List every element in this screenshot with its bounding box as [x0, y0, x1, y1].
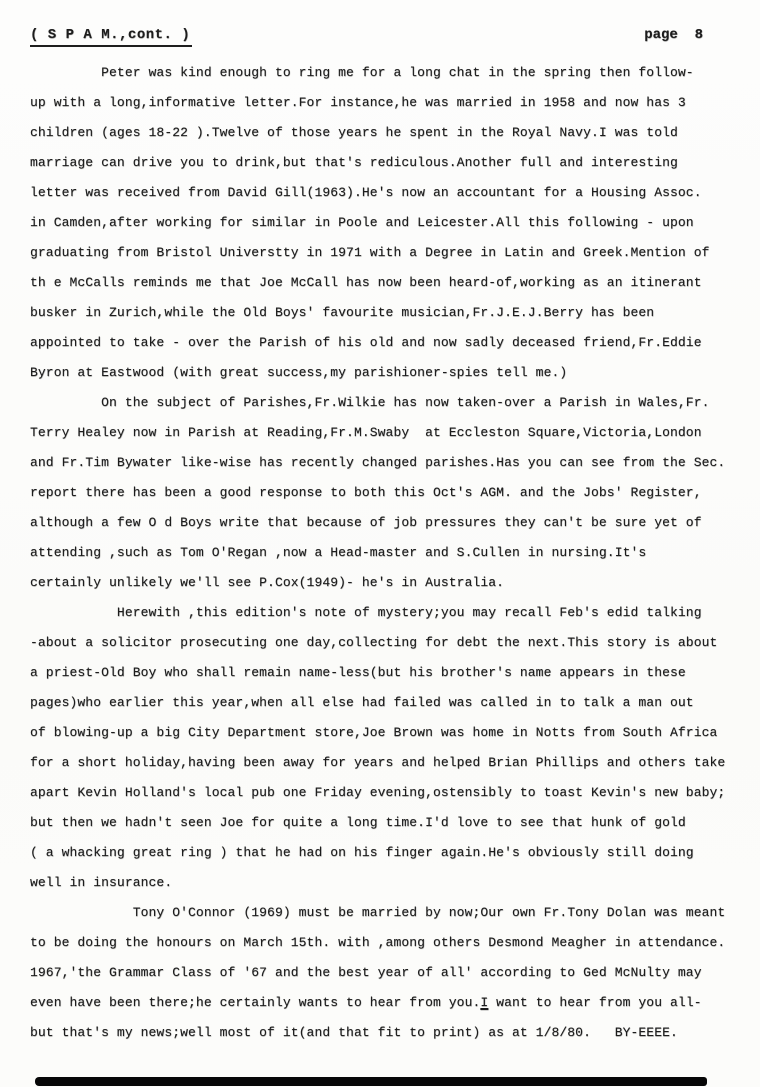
text-line: On the subject of Parishes,Fr.Wilkie has… — [30, 388, 760, 418]
text-body: Peter was kind enough to ring me for a l… — [30, 58, 760, 1048]
text-segment: even have been there;he certainly wants … — [30, 995, 480, 1010]
text-line: to be doing the honours on March 15th. w… — [30, 928, 760, 958]
section-title: ( S P A M.,cont. ) — [30, 27, 192, 47]
text-line: even have been there;he certainly wants … — [30, 988, 760, 1018]
text-line: pages)who earlier this year,when all els… — [30, 688, 760, 718]
scan-artifact-bar — [35, 1077, 707, 1086]
text-line: certainly unlikely we'll see P.Cox(1949)… — [30, 568, 760, 598]
text-line: marriage can drive you to drink,but that… — [30, 148, 760, 178]
text-line: 1967,'the Grammar Class of '67 and the b… — [30, 958, 760, 988]
text-line: letter was received from David Gill(1963… — [30, 178, 760, 208]
text-line: and Fr.Tim Bywater like-wise has recentl… — [30, 448, 760, 478]
text-line: Terry Healey now in Parish at Reading,Fr… — [30, 418, 760, 448]
text-line: ( a whacking great ring ) that he had on… — [30, 838, 760, 868]
text-line: but then we hadn't seen Joe for quite a … — [30, 808, 760, 838]
text-line: Peter was kind enough to ring me for a l… — [30, 58, 760, 88]
page-number: page 8 — [644, 27, 703, 43]
text-line: appointed to take - over the Parish of h… — [30, 328, 760, 358]
newsletter-page: ( S P A M.,cont. ) page 8 Peter was kind… — [0, 0, 760, 1087]
text-segment: want to hear from you all- — [488, 995, 701, 1010]
page-header: ( S P A M.,cont. ) page 8 — [30, 27, 703, 47]
text-line: of blowing-up a big City Department stor… — [30, 718, 760, 748]
text-line: up with a long,informative letter.For in… — [30, 88, 760, 118]
text-line: well in insurance. — [30, 868, 760, 898]
text-line: Byron at Eastwood (with great success,my… — [30, 358, 760, 388]
text-line: attending ,such as Tom O'Regan ,now a He… — [30, 538, 760, 568]
text-line: th e McCalls reminds me that Joe McCall … — [30, 268, 760, 298]
text-line: Herewith ,this edition's note of mystery… — [30, 598, 760, 628]
text-line: children (ages 18-22 ).Twelve of those y… — [30, 118, 760, 148]
text-line: although a few O d Boys write that becau… — [30, 508, 760, 538]
text-line: in Camden,after working for similar in P… — [30, 208, 760, 238]
text-line: Tony O'Connor (1969) must be married by … — [30, 898, 760, 928]
text-line: for a short holiday,having been away for… — [30, 748, 760, 778]
text-line: busker in Zurich,while the Old Boys' fav… — [30, 298, 760, 328]
text-line: -about a solicitor prosecuting one day,c… — [30, 628, 760, 658]
text-line: graduating from Bristol Universtty in 19… — [30, 238, 760, 268]
text-line: a priest-Old Boy who shall remain name-l… — [30, 658, 760, 688]
text-line: report there has been a good response to… — [30, 478, 760, 508]
text-line: but that's my news;well most of it(and t… — [30, 1018, 760, 1048]
text-line: apart Kevin Holland's local pub one Frid… — [30, 778, 760, 808]
